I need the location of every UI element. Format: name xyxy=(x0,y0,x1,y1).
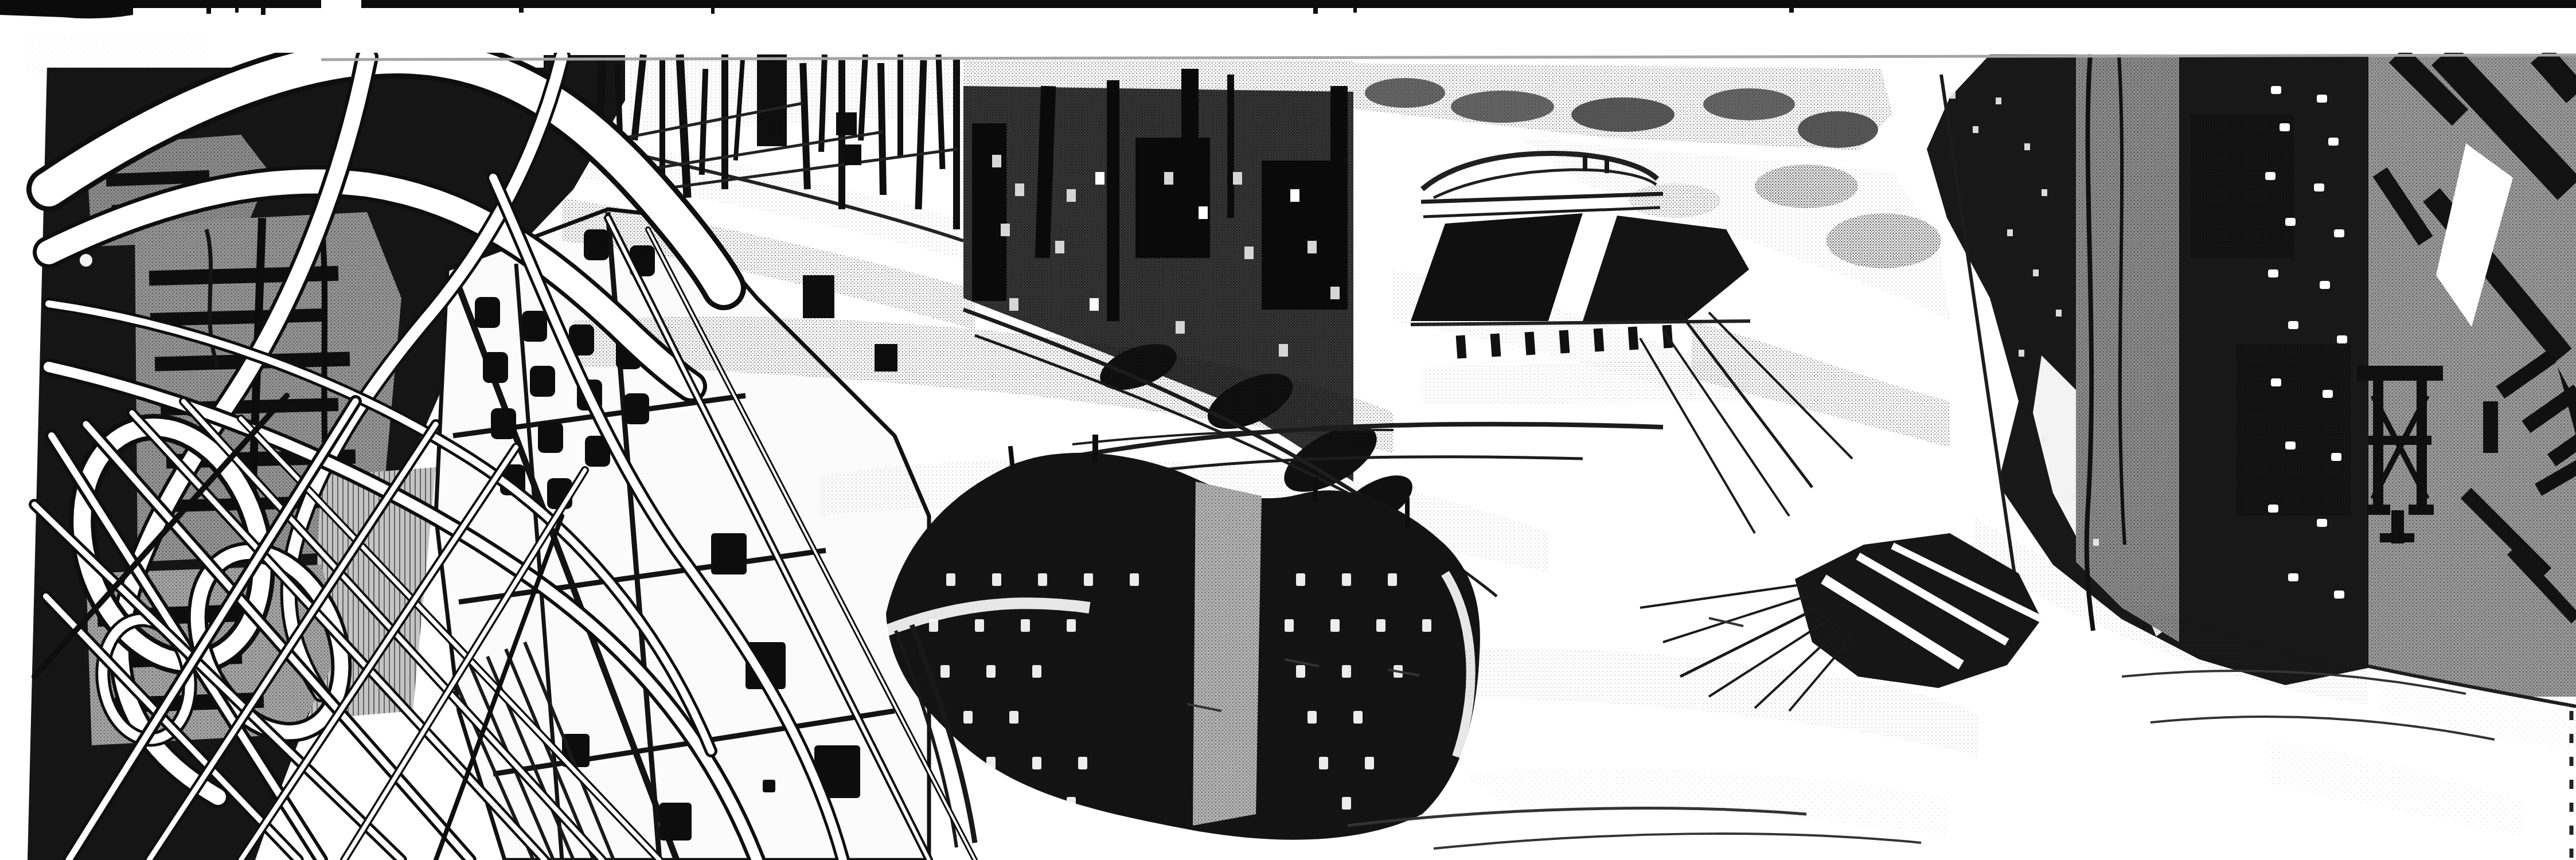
top-gutter xyxy=(0,8,2576,53)
far-right-structures xyxy=(2357,54,2576,860)
panel-artwork: Textless manga panel: a ruined city half… xyxy=(0,0,2576,860)
manga-panel-figure: Textless manga panel: a ruined city half… xyxy=(0,0,2576,860)
tower-canyon xyxy=(2076,54,2179,642)
left-page-margin xyxy=(0,0,26,860)
left-wall-speck xyxy=(80,254,92,267)
margin-speckle xyxy=(26,34,210,75)
